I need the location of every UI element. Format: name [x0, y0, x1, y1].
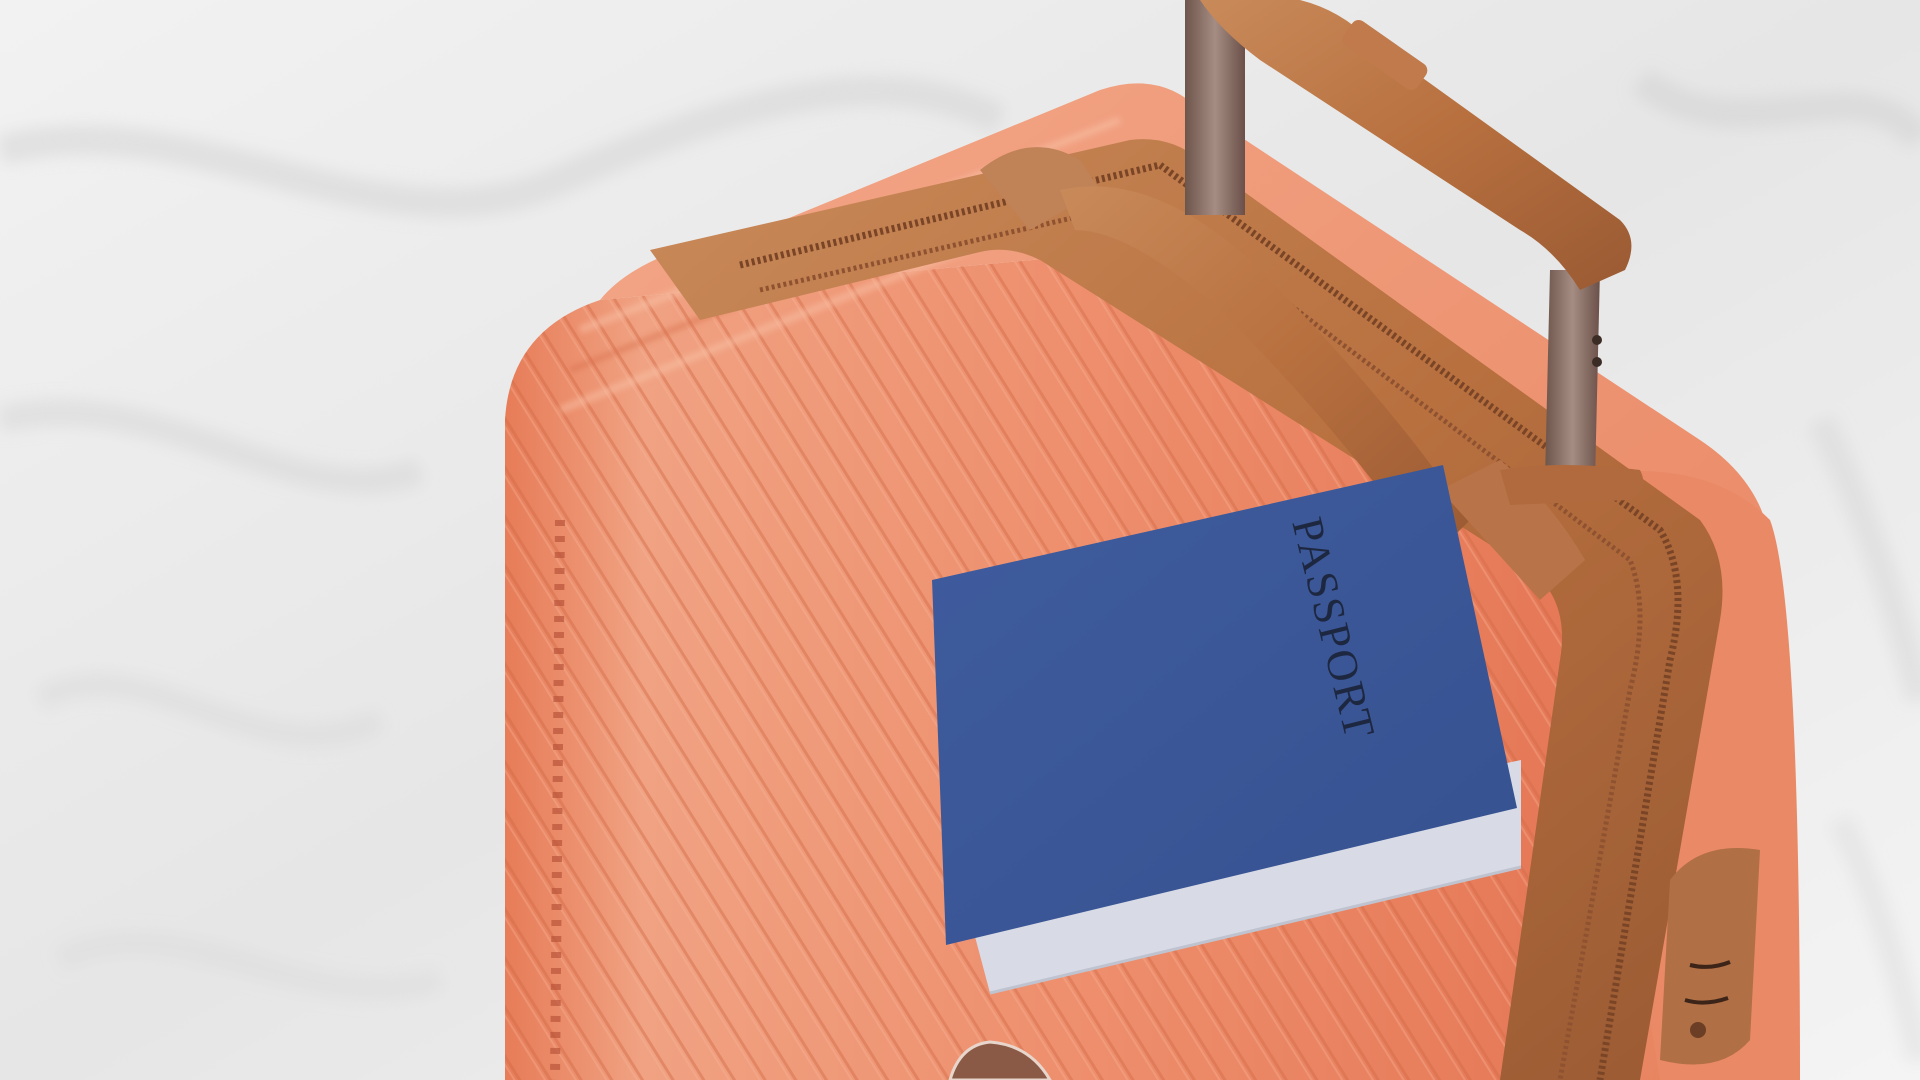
trolley-rod-right — [1545, 270, 1600, 480]
photo-scene: PASSPORT — [0, 0, 1920, 1080]
combination-lock — [1660, 848, 1760, 1065]
